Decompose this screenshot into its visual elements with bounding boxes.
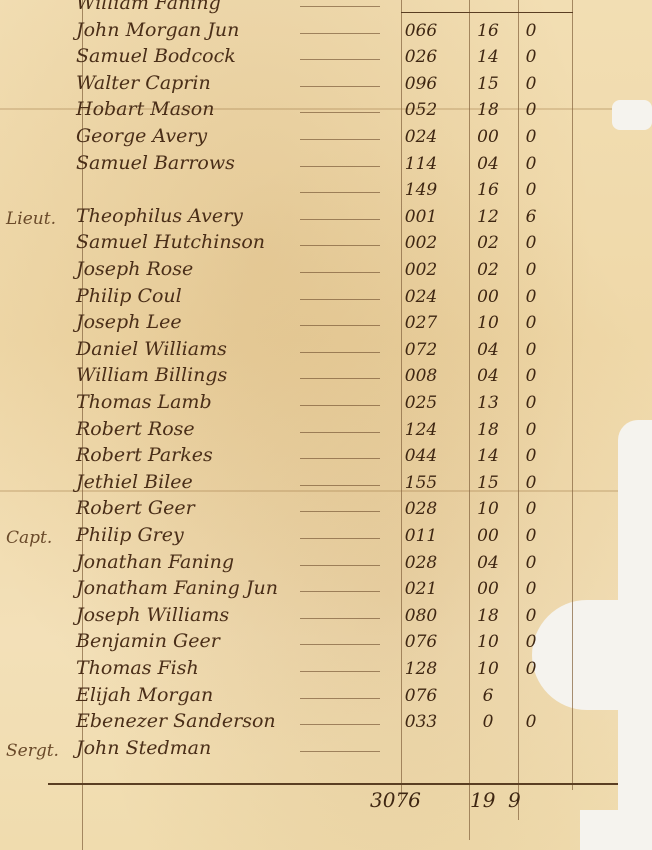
- table-row: John Morgan Jun066160: [0, 19, 652, 44]
- entry-name: John Morgan Jun: [76, 19, 239, 41]
- entry-pence: 0: [516, 606, 546, 626]
- table-row: Ebenezer Sanderson03300: [0, 710, 652, 735]
- entry-shillings: 02: [460, 233, 516, 253]
- leader-line: [300, 751, 380, 752]
- entry-pounds: 033: [385, 712, 457, 732]
- entry-name: Jonathan Faning: [76, 551, 234, 573]
- table-row: Benjamin Geer076100: [0, 630, 652, 655]
- table-row: Philip Grey011000: [0, 524, 652, 549]
- entry-shillings: 10: [460, 632, 516, 652]
- table-row: Robert Parkes044140: [0, 444, 652, 469]
- leader-line: [300, 112, 380, 113]
- entry-shillings: 02: [460, 260, 516, 280]
- table-row: Joseph Rose002020: [0, 258, 652, 283]
- entry-name: Philip Grey: [76, 524, 184, 546]
- table-row: Jethiel Bilee155150: [0, 471, 652, 496]
- leader-line: [300, 59, 380, 60]
- leader-line: [300, 511, 380, 512]
- entry-pounds: 024: [385, 287, 457, 307]
- entry-shillings: 18: [460, 420, 516, 440]
- rank-label: Capt.: [6, 528, 52, 548]
- entry-shillings: 13: [460, 393, 516, 413]
- table-row: Samuel Barrows114040: [0, 152, 652, 177]
- entry-pounds: 001: [385, 207, 457, 227]
- entry-pence: 0: [516, 393, 546, 413]
- entry-name: Theophilus Avery: [76, 205, 243, 227]
- entry-pounds: 028: [385, 499, 457, 519]
- entry-name: Jonatham Faning Jun: [76, 577, 278, 599]
- table-row: Jonatham Faning Jun021000: [0, 577, 652, 602]
- entry-pounds: 149: [385, 180, 457, 200]
- entry-shillings: 16: [460, 21, 516, 41]
- entry-pounds: 076: [385, 632, 457, 652]
- entry-shillings: 04: [460, 340, 516, 360]
- entry-name: Philip Coul: [76, 285, 182, 307]
- entry-name: Elijah Morgan: [76, 684, 213, 706]
- total-pence: 9: [508, 788, 521, 812]
- entry-shillings: 00: [460, 287, 516, 307]
- entry-name: George Avery: [76, 125, 207, 147]
- entry-pence: 0: [516, 180, 546, 200]
- total-rule: [48, 783, 618, 785]
- table-row: William Faning: [0, 0, 652, 17]
- leader-line: [300, 538, 380, 539]
- rank-label: Sergt.: [6, 741, 59, 761]
- entry-name: Jethiel Bilee: [76, 471, 193, 493]
- entry-pence: 0: [516, 74, 546, 94]
- entry-name: Samuel Hutchinson: [76, 231, 265, 253]
- leader-line: [300, 458, 380, 459]
- entry-pence: 0: [516, 260, 546, 280]
- entry-name: Samuel Bodcock: [76, 45, 236, 67]
- leader-line: [300, 33, 380, 34]
- leader-line: [300, 485, 380, 486]
- entry-pounds: 066: [385, 21, 457, 41]
- entry-name: Robert Rose: [76, 418, 195, 440]
- leader-line: [300, 671, 380, 672]
- entry-pounds: 114: [385, 154, 457, 174]
- entry-shillings: 15: [460, 74, 516, 94]
- entry-pounds: 025: [385, 393, 457, 413]
- total-shillings: 19: [470, 788, 495, 812]
- entry-pounds: 128: [385, 659, 457, 679]
- entry-name: Ebenezer Sanderson: [76, 710, 276, 732]
- paper-tear: [580, 810, 652, 850]
- table-row: Joseph Lee027100: [0, 311, 652, 336]
- total-pounds: 3076: [370, 788, 421, 812]
- leader-line: [300, 299, 380, 300]
- entry-name: William Faning: [76, 0, 221, 14]
- leader-line: [300, 591, 380, 592]
- entry-shillings: 14: [460, 47, 516, 67]
- entry-pounds: 027: [385, 313, 457, 333]
- entry-pounds: 002: [385, 260, 457, 280]
- entry-pounds: 021: [385, 579, 457, 599]
- leader-line: [300, 644, 380, 645]
- entry-pounds: 124: [385, 420, 457, 440]
- table-row: Hobart Mason052180: [0, 98, 652, 123]
- leader-line: [300, 272, 380, 273]
- table-row: Daniel Williams072040: [0, 338, 652, 363]
- leader-line: [300, 192, 380, 193]
- table-row: Thomas Lamb025130: [0, 391, 652, 416]
- table-row: William Billings008040: [0, 364, 652, 389]
- table-row: Robert Rose124180: [0, 418, 652, 443]
- entry-name: William Billings: [76, 364, 227, 386]
- entry-pence: 0: [516, 420, 546, 440]
- entry-pounds: 008: [385, 366, 457, 386]
- entry-name: Benjamin Geer: [76, 630, 220, 652]
- entry-name: Hobart Mason: [76, 98, 214, 120]
- entry-pence: 0: [516, 21, 546, 41]
- table-row: Jonathan Faning028040: [0, 551, 652, 576]
- entry-pence: 0: [516, 127, 546, 147]
- entry-name: John Stedman: [76, 737, 211, 759]
- entry-pounds: 044: [385, 446, 457, 466]
- entry-name: Joseph Lee: [76, 311, 182, 333]
- leader-line: [300, 352, 380, 353]
- entry-pounds: 028: [385, 553, 457, 573]
- entry-shillings: 10: [460, 499, 516, 519]
- entry-pence: 0: [516, 233, 546, 253]
- entry-pence: 0: [516, 47, 546, 67]
- table-row: George Avery024000: [0, 125, 652, 150]
- entry-shillings: 00: [460, 127, 516, 147]
- entry-shillings: 00: [460, 579, 516, 599]
- entry-pence: 0: [516, 313, 546, 333]
- entry-name: Robert Parkes: [76, 444, 213, 466]
- entry-pence: 0: [516, 712, 546, 732]
- entry-shillings: 14: [460, 446, 516, 466]
- entry-name: Joseph Williams: [76, 604, 229, 626]
- leader-line: [300, 245, 380, 246]
- entry-name: Thomas Fish: [76, 657, 199, 679]
- table-row: Walter Caprin096150: [0, 72, 652, 97]
- table-row: Philip Coul024000: [0, 285, 652, 310]
- leader-line: [300, 166, 380, 167]
- entry-name: Joseph Rose: [76, 258, 193, 280]
- entry-pence: 0: [516, 659, 546, 679]
- entry-shillings: 15: [460, 473, 516, 493]
- entry-name: Samuel Barrows: [76, 152, 235, 174]
- entry-shillings: 12: [460, 207, 516, 227]
- entry-shillings: 10: [460, 313, 516, 333]
- table-row: Robert Geer028100: [0, 497, 652, 522]
- entry-pounds: 026: [385, 47, 457, 67]
- entry-pence: 0: [516, 499, 546, 519]
- entry-pounds: 052: [385, 100, 457, 120]
- entry-pence: 0: [516, 287, 546, 307]
- entry-name: Robert Geer: [76, 497, 195, 519]
- entry-pence: 0: [516, 553, 546, 573]
- entry-shillings: 0: [460, 712, 516, 732]
- leader-line: [300, 618, 380, 619]
- leader-line: [300, 405, 380, 406]
- entry-pence: 6: [516, 207, 546, 227]
- entry-shillings: 6: [460, 686, 516, 706]
- leader-line: [300, 219, 380, 220]
- table-row: John Stedman: [0, 737, 652, 762]
- entry-name: Daniel Williams: [76, 338, 227, 360]
- entry-pence: 0: [516, 366, 546, 386]
- entry-pounds: 024: [385, 127, 457, 147]
- entry-pence: 0: [516, 154, 546, 174]
- entry-pounds: 155: [385, 473, 457, 493]
- entry-pence: 0: [516, 579, 546, 599]
- entry-shillings: 04: [460, 553, 516, 573]
- entry-shillings: 04: [460, 154, 516, 174]
- entry-pence: 0: [516, 473, 546, 493]
- table-row: Joseph Williams080180: [0, 604, 652, 629]
- leader-line: [300, 6, 380, 7]
- entry-pence: 0: [516, 446, 546, 466]
- leader-line: [300, 724, 380, 725]
- entry-pence: 0: [516, 100, 546, 120]
- leader-line: [300, 325, 380, 326]
- table-row: Theophilus Avery001126: [0, 205, 652, 230]
- table-row: 149160: [0, 178, 652, 203]
- entry-pounds: 096: [385, 74, 457, 94]
- entry-name: Thomas Lamb: [76, 391, 212, 413]
- leader-line: [300, 698, 380, 699]
- entry-name: Walter Caprin: [76, 72, 211, 94]
- entry-shillings: 18: [460, 606, 516, 626]
- entry-pence: 0: [516, 632, 546, 652]
- leader-line: [300, 139, 380, 140]
- leader-line: [300, 565, 380, 566]
- table-row: Thomas Fish128100: [0, 657, 652, 682]
- leader-line: [300, 432, 380, 433]
- entry-shillings: 16: [460, 180, 516, 200]
- entry-pounds: 072: [385, 340, 457, 360]
- table-row: Samuel Bodcock026140: [0, 45, 652, 70]
- entry-pence: 0: [516, 340, 546, 360]
- entry-pounds: 011: [385, 526, 457, 546]
- leader-line: [300, 86, 380, 87]
- entry-pounds: 080: [385, 606, 457, 626]
- table-row: Samuel Hutchinson002020: [0, 231, 652, 256]
- entry-pounds: 076: [385, 686, 457, 706]
- entry-pounds: 002: [385, 233, 457, 253]
- leader-line: [300, 378, 380, 379]
- rank-label: Lieut.: [6, 209, 56, 229]
- table-row: Elijah Morgan0766: [0, 684, 652, 709]
- entry-shillings: 18: [460, 100, 516, 120]
- entry-pence: 0: [516, 526, 546, 546]
- entry-shillings: 00: [460, 526, 516, 546]
- entry-shillings: 10: [460, 659, 516, 679]
- entry-shillings: 04: [460, 366, 516, 386]
